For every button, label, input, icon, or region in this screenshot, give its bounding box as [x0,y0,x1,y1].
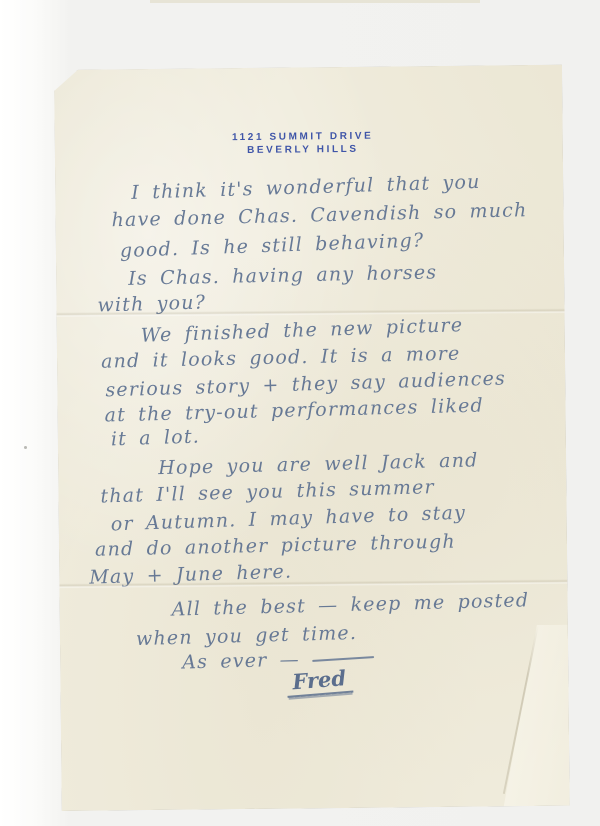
scan-background: 1121 SUMMIT DRIVE BEVERLY HILLS I think … [0,0,600,826]
letter-line: I think it's wonderful that you [131,171,481,204]
letter-line: have done Chas. Cavendish so much [111,199,527,231]
letter-line: and do another picture through [95,531,456,561]
signature: Fred [285,665,353,698]
letter-line: and it looks good. It is a more [101,343,461,373]
letter-line: Hope you are well Jack and [158,449,479,479]
letter-line: it a lot. [111,426,201,451]
paper-edge-sliver [150,0,480,3]
letter-line: good. Is he still behaving? [120,229,425,262]
dust-speck [24,446,27,449]
letter-line: All the best — keep me posted [171,589,529,620]
letter-line: or Autumn. I may have to stay [110,502,466,536]
letter-line: As ever — [182,649,300,674]
signature-flourish [312,656,374,662]
letter-line: when you get time. [136,622,358,650]
letter-body: I think it's wonderful that you have don… [54,65,562,70]
letter-line: Is Chas. having any horses [128,261,437,289]
letterhead: 1121 SUMMIT DRIVE BEVERLY HILLS [49,128,557,159]
letter-paper: 1121 SUMMIT DRIVE BEVERLY HILLS I think … [54,65,570,811]
letter-line: that I'll see you this summer [100,476,435,507]
letter-line: We finished the new picture [140,314,463,347]
